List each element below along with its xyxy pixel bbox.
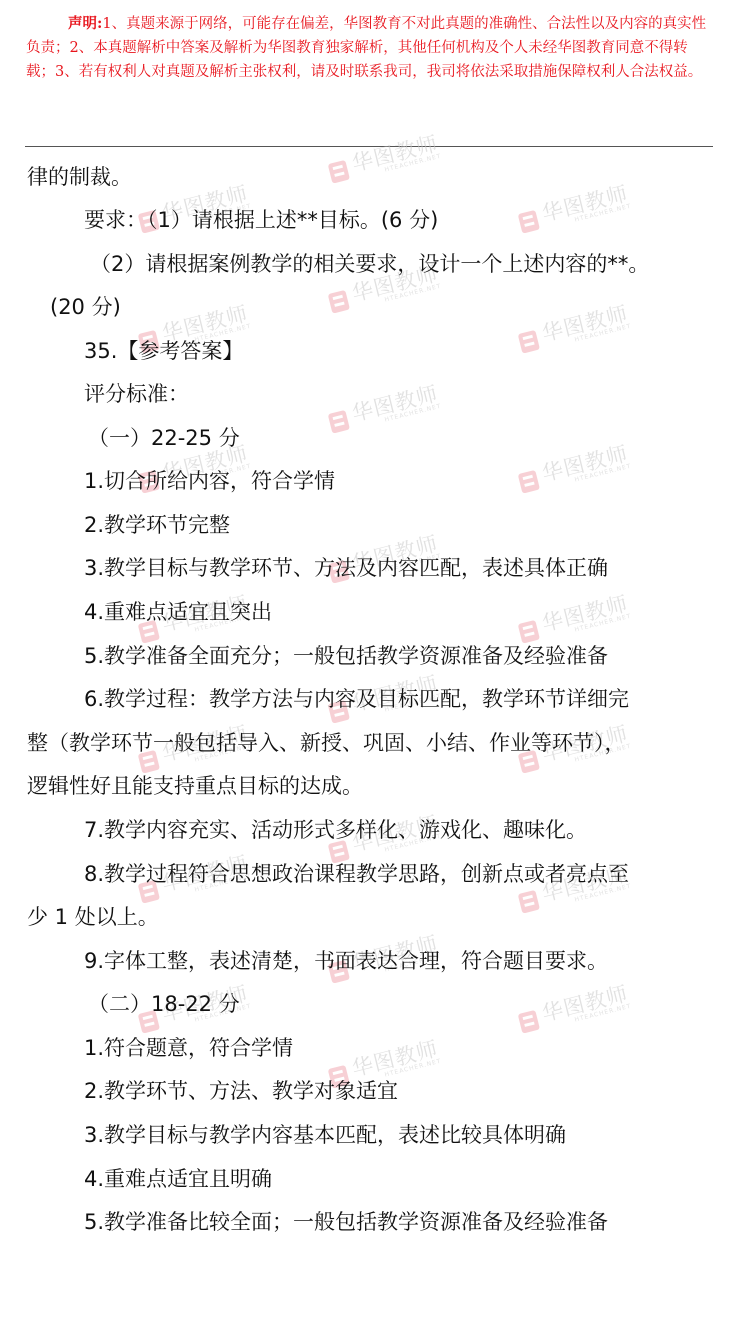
watermark-site: HTEACHER.NET: [574, 204, 632, 224]
text-line: 7.教学内容充实、活动形式多样化、游戏化、趣味化。: [84, 816, 587, 844]
text-line: 8.教学过程符合思想政治课程教学思路，创新点或者亮点至: [84, 860, 629, 888]
watermark-logo-icon: [328, 409, 350, 433]
watermark-site: HTEACHER.NET: [384, 404, 442, 424]
watermark-site: HTEACHER.NET: [384, 154, 442, 174]
watermark: 华图教师HTEACHER.NET: [517, 593, 632, 646]
watermark-site: HTEACHER.NET: [384, 1059, 442, 1079]
watermark-brand: 华图教师: [350, 383, 441, 425]
text-line: 整（教学环节一般包括导入、新授、巩固、小结、作业等环节），: [27, 729, 626, 757]
watermark-brand: 华图教师: [540, 303, 631, 345]
disclaimer-notice: 声明:1、真题来源于网络，可能存在偏差，华图教育不对此真题的准确性、合法性以及内…: [26, 12, 716, 84]
text-line: 2.教学环节完整: [84, 511, 230, 539]
watermark: 华图教师HTEACHER.NET: [517, 983, 632, 1036]
text-line: 1.符合题意，符合学情: [84, 1034, 293, 1062]
text-line: 1.切合所给内容，符合学情: [84, 467, 335, 495]
text-line: 4.重难点适宜且明确: [84, 1165, 272, 1193]
text-line: 35.【参考答案】: [84, 337, 243, 365]
watermark-logo-icon: [518, 329, 540, 353]
watermark-site: HTEACHER.NET: [574, 324, 632, 344]
text-line: （二）18-22 分: [88, 990, 240, 1018]
watermark-logo-icon: [328, 289, 350, 313]
text-line: 律的制裁。: [27, 163, 132, 191]
text-line: 5.教学准备全面充分；一般包括教学资源准备及经验准备: [84, 642, 608, 670]
text-line: 5.教学准备比较全面；一般包括教学资源准备及经验准备: [84, 1208, 608, 1236]
text-line: 6.教学过程：教学方法与内容及目标匹配，教学环节详细完: [84, 685, 629, 713]
text-line: 3.教学目标与教学内容基本匹配，表述比较具体明确: [84, 1121, 566, 1149]
text-line: 要求：（1）请根据上述**目标。(6 分): [84, 206, 438, 234]
watermark: 华图教师HTEACHER.NET: [517, 443, 632, 496]
watermark-logo-icon: [328, 159, 350, 183]
watermark-logo-icon: [518, 1009, 540, 1033]
watermark-site: HTEACHER.NET: [574, 464, 632, 484]
watermark-brand: 华图教师: [350, 133, 441, 175]
watermark-logo-icon: [518, 209, 540, 233]
watermark-brand: 华图教师: [540, 183, 631, 225]
text-line: 少 1 处以上。: [27, 903, 159, 931]
text-line: 评分标准：: [84, 380, 189, 408]
watermark: 华图教师HTEACHER.NET: [517, 303, 632, 356]
text-line: 逻辑性好且能支持重点目标的达成。: [27, 772, 363, 800]
disclaimer-lead: 声明:: [68, 15, 102, 32]
watermark-brand: 华图教师: [540, 443, 631, 485]
watermark-logo-icon: [518, 619, 540, 643]
text-line: (20 分): [50, 293, 121, 321]
text-line: （一）22-25 分: [88, 424, 240, 452]
watermark: 华图教师HTEACHER.NET: [327, 133, 442, 186]
watermark-site: HTEACHER.NET: [574, 614, 632, 634]
text-line: 4.重难点适宜且突出: [84, 598, 272, 626]
disclaimer-text: 1、真题来源于网络，可能存在偏差，华图教育不对此真题的准确性、合法性以及内容的真…: [26, 16, 706, 80]
watermark-site: HTEACHER.NET: [384, 284, 442, 304]
watermark: 华图教师HTEACHER.NET: [517, 183, 632, 236]
text-line: 3.教学目标与教学环节、方法及内容匹配，表述具体正确: [84, 554, 608, 582]
watermark-brand: 华图教师: [540, 983, 631, 1025]
text-line: 2.教学环节、方法、教学对象适宜: [84, 1077, 398, 1105]
watermark-logo-icon: [518, 469, 540, 493]
watermark-brand: 华图教师: [350, 1038, 441, 1080]
watermark-brand: 华图教师: [540, 593, 631, 635]
watermark-logo-icon: [518, 889, 540, 913]
header-divider: [25, 146, 713, 147]
text-line: 9.字体工整，表述清楚，书面表达合理，符合题目要求。: [84, 947, 608, 975]
watermark: 华图教师HTEACHER.NET: [327, 383, 442, 436]
text-line: （2）请根据案例教学的相关要求，设计一个上述内容的**。: [90, 250, 649, 278]
watermark-site: HTEACHER.NET: [574, 1004, 632, 1024]
